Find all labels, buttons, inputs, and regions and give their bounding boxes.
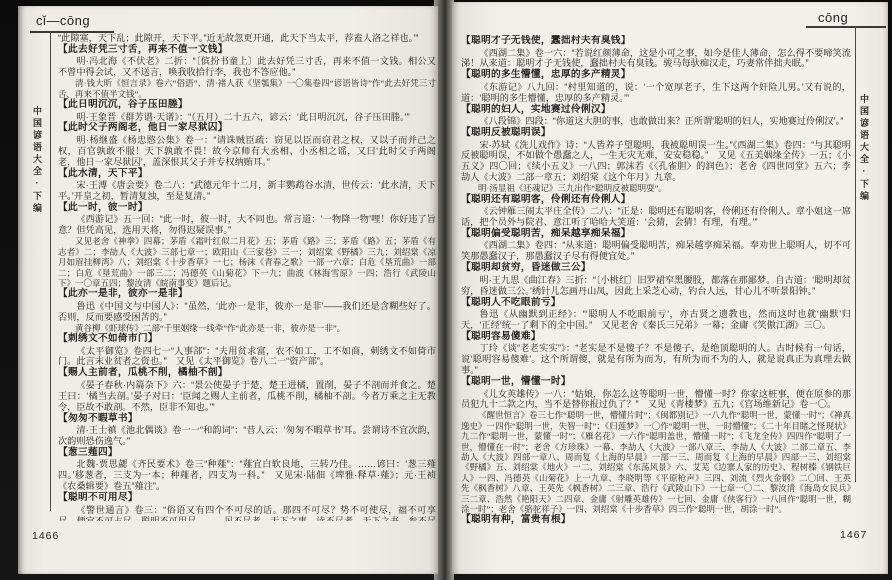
citation-body: 《晏子春秋·内篇杂下》六：“景公使晏子于楚，楚王进橘，置削，晏子不剖而并食之。楚… <box>58 380 436 413</box>
proverb-heading: 【此去好凭三寸舌，再来不值一文钱】 <box>58 44 436 57</box>
proverb-heading: 【聪明反被聪明误】 <box>461 127 851 140</box>
proverb-heading: 【此一时，彼一时】 <box>58 202 436 215</box>
left-page-content: “此隙塞，天下乱；此隙开，天下平。”近无故忽更开通，此天下当太平，荐盍人洛之祥也… <box>58 33 436 521</box>
citation-body: 明·冯北海《不伏老》二折：“〔傧扮书童上〕此去好凭三寸舌，再来不值一文钱。相公又… <box>58 56 436 78</box>
variant-note: 清·钱大昕《恒言录》卷六“俗语”、清·褚人获《坚瓠集》一〇集卷四“谚语皆诗”作“… <box>58 78 436 99</box>
citation-body: 明·王象晋《群芳谱·天谱》：“（五月）二十五六，谚云：‘此日明沉沉，谷子压田塍。… <box>58 112 436 123</box>
right-running-head: cōng <box>818 10 848 25</box>
proverb-heading: 【聪明还有聪明客，伶俐还有伶俐人】 <box>461 194 851 207</box>
proverb-heading: 【刺绣文不如倚市门】 <box>58 333 436 346</box>
citation-body: 《东游记》八九回：“村里知道的，说：‘一个宽厚老子，生下这两个奸险儿男。’又有说… <box>461 82 851 104</box>
variant-note: 《醒世恒言》卷三七作“聪明一世，懵懂片时”；《闽都别记》一八九作“聪明一世，蒙懂… <box>461 410 851 514</box>
citation-body: 明·王九思《曲江春》三折：“〔小桃红〕旧罗裙窄黑腰股，都落在那鄙梦。自古道：‘聪… <box>461 275 851 297</box>
proverb-heading: 【聪明一世，懵懂一时】 <box>461 376 851 389</box>
citation-body: 《西湖二集》卷四：“从来道：聪明偏受聪明苦，痴呆越享痴呆福。奉劝世上聪明人，切不… <box>461 240 851 262</box>
citation-body: 北魏·贾思勰《齐民要术》卷三“种薤”：“薤宜白软良地，三转乃佳。……谚曰：‘葱三… <box>58 459 436 492</box>
left-margin-label: 中国谚语大全·下编 <box>31 106 44 215</box>
citation-body: 明·杨继盛《杨忠愍公集》卷一：“请诛贼臣疏：窃见以臣而窃君之权，又以子而并己之权… <box>58 135 436 168</box>
proverb-heading: 【赐人主前者，瓜桃不削，橘柚不剖】 <box>58 367 436 380</box>
proverb-heading: 【聪明偏受聪明苦，痴呆越享痴呆福】 <box>461 228 851 241</box>
citation-body: 《云钟雁三闹太平庄全传》二八：“正是：聪明还有聪明客，伶俐还有伶俐人。章小姐这一… <box>461 206 851 228</box>
proverb-heading: 【此亦一是非，彼亦一是非】 <box>58 288 436 301</box>
citation-body: 宋·王溥《唐会要》卷二八：“武德元年十二月，新丰鹦鹉谷水清，世传云：‘此水清，天… <box>58 180 436 202</box>
citation-body: 《西湖二集》卷一六：“若说红颜薄命，这是小可之事，如今是佳人薄命，怎么得不要啼笑… <box>461 48 851 70</box>
proverb-heading: 【聪明容易傻难】 <box>461 331 851 344</box>
right-page-content: 【聪明才子无钱使，蠢拙村夫有臭钱】《西湖二集》卷一六：“若说红颜薄命，这是小可之… <box>461 35 851 530</box>
left-page-number: 1466 <box>32 530 59 542</box>
proverb-heading: 【聪明有种，富贵有根】 <box>461 514 851 527</box>
citation-body: 《八段锦》四段：“你道这大胆的事，也敢做出来？正所谓‘聪明的妇人，实地赛过伶俐汉… <box>461 116 851 127</box>
proverb-heading: 【聪明却贫穷，昏迷做三公】 <box>461 262 851 275</box>
proverb-heading: 【聪明的多生懵懂，忠厚的多产精灵】 <box>461 69 851 82</box>
left-margin-rule <box>50 31 51 511</box>
right-page: cōng 中国谚语大全·下编 【聪明才子无钱使，蠢拙村夫有臭钱】《西湖二集》卷一… <box>452 2 888 574</box>
citation-body: 《儿女英雄传》一八：“姑娘，你怎么这等聪明一世，懵懂一时？你家这桩事，便在原参的… <box>461 389 851 411</box>
proverb-heading: 【聪明才子无钱使，蠢拙村夫有臭钱】 <box>461 35 851 48</box>
citation-body: 《太平御览》卷四七一“人事部”：“夫用贫求富，农不如工，工不如商，刺绣文不如倚市… <box>58 346 436 368</box>
proverb-heading: 【聪明不可用尽】 <box>58 492 436 505</box>
citation-body: 鲁迅《中国文与中国人》：“虽然，‘此亦一是非，彼亦一是非’——我们还是含糊些好了… <box>58 301 436 323</box>
proverb-heading: 【此日明沉沉，谷子压田塍】 <box>58 99 436 112</box>
citation-body: 《警世通言》卷三：“俗语又有四个不可尽的话。那四不可尽？势不可使尽，福不可享尽，… <box>58 505 436 521</box>
citation-body: 清·王士禛《池北偶谈》卷一一“和韵词”：“昔人云：‘匆匆不暇草书’耳。尝谓诗不宜… <box>58 425 436 447</box>
left-running-head: cǐ—cōng <box>36 13 90 28</box>
continuation-line: “此隙塞，天下乱；此隙开，天下平。”近无故忽更开通，此天下当太平，荐盍人洛之祥也… <box>58 33 436 44</box>
right-header-rule <box>806 26 886 28</box>
citation-body: 丁玲《谈“老老实实”》：“老实是不是傻子？不是傻子，是绝顶聪明的人。古时候有一句… <box>461 343 851 376</box>
scanned-book-spread: cǐ—cōng 中国谚语大全·下编 “此隙塞，天下乱；此隙开，天下平。”近无故忽… <box>0 0 892 580</box>
variant-note: 又见老舍《神拳》四幕；茅盾《霜叶红似二月花》五；茅盾《路》三；茅盾《路》五；茅盾… <box>58 236 436 288</box>
proverb-heading: 【此时父子两阁老，他日一家尽狱囚】 <box>58 122 436 135</box>
proverb-heading: 【聪明的妇人，实地赛过伶俐汉】 <box>461 104 851 117</box>
citation-body: 宋·苏轼《洗儿戏作》诗：“人皆养子望聪明，我被聪明误一生。”《西湖二集》卷四：“… <box>461 140 851 184</box>
proverb-heading: 【匆匆不暇草书】 <box>58 413 436 426</box>
citation-body: 鲁迅《从幽默到正经》：“‘聪明人不吃眼前亏’，亦古贤之遗教也，然而这时也就‘幽默… <box>461 309 851 331</box>
right-margin-rule <box>855 26 856 482</box>
left-page: cǐ—cōng 中国谚语大全·下编 “此隙塞，天下乱；此隙开，天下平。”近无故忽… <box>18 6 438 574</box>
right-margin-label: 中国谚语大全·下编 <box>858 94 871 203</box>
proverb-heading: 【聪明人不吃眼前亏】 <box>461 297 851 310</box>
proverb-heading: 【此水清，天下平】 <box>58 168 436 181</box>
variant-note: 黄谷柳《虾球传》二部“千里姻缘一线牵”作“此亦是一非，彼亦是一非”。 <box>58 323 436 333</box>
citation-body: 《西游记》五一回：“此一时，彼一时，大不同也。常言道：‘一物降一物’哩！你好违了… <box>58 214 436 236</box>
variant-note: 明·汤显祖《还魂记》三九出作“聪明反被聪明耍”。 <box>461 183 851 193</box>
proverb-heading: 【葱三薤四】 <box>58 447 436 460</box>
right-page-number: 1467 <box>840 529 867 541</box>
